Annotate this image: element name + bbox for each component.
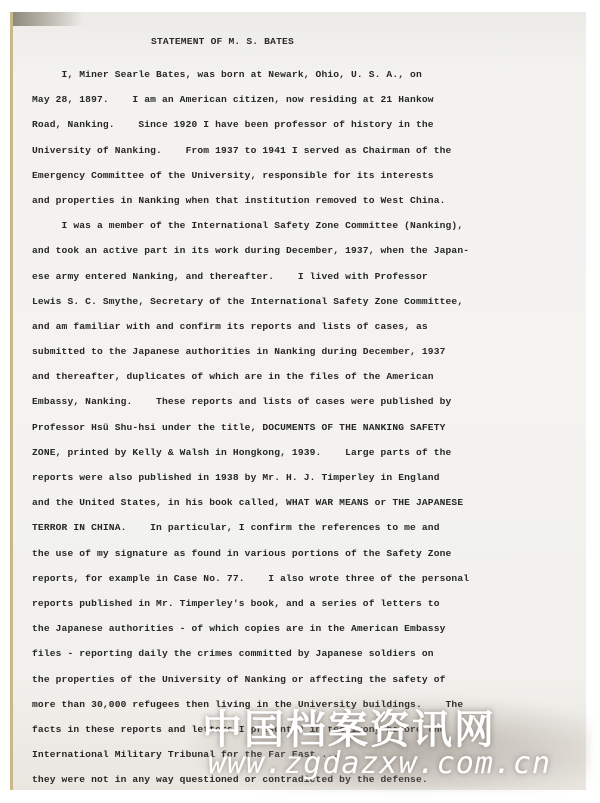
text-line: Lewis S. C. Smythe, Secretary of the Int… bbox=[32, 289, 586, 314]
text-line: the properties of the University of Nank… bbox=[32, 667, 586, 692]
text-line: and thereafter, duplicates of which are … bbox=[32, 364, 586, 389]
document-page: STATEMENT OF M. S. BATES I, Miner Searle… bbox=[10, 12, 586, 790]
text-line: Embassy, Nanking. These reports and list… bbox=[32, 389, 586, 414]
text-line: files - reporting daily the crimes commi… bbox=[32, 641, 586, 666]
text-line: TERROR IN CHINA. In particular, I confir… bbox=[32, 515, 586, 540]
text-line: May 28, 1897. I am an American citizen, … bbox=[32, 87, 586, 112]
text-line: Road, Nanking. Since 1920 I have been pr… bbox=[32, 112, 586, 137]
text-line: facts in these reports and letters I pre… bbox=[32, 717, 586, 742]
text-line: the Japanese authorities - of which copi… bbox=[32, 616, 586, 641]
text-line: the use of my signature as found in vari… bbox=[32, 541, 586, 566]
text-line: reports, for example in Case No. 77. I a… bbox=[32, 566, 586, 591]
text-line: submitted to the Japanese authorities in… bbox=[32, 339, 586, 364]
text-line: ese army entered Nanking, and thereafter… bbox=[32, 264, 586, 289]
text-line: more than 30,000 refugees then living in… bbox=[32, 692, 586, 717]
text-line: I, Miner Searle Bates, was born at Newar… bbox=[32, 62, 586, 87]
text-line: University of Nanking. From 1937 to 1941… bbox=[32, 138, 586, 163]
text-line: Professor Hsü Shu-hsi under the title, D… bbox=[32, 415, 586, 440]
text-line: and properties in Nanking when that inst… bbox=[32, 188, 586, 213]
text-line: and am familiar with and confirm its rep… bbox=[32, 314, 586, 339]
text-line: reports were also published in 1938 by M… bbox=[32, 465, 586, 490]
text-line: I was a member of the International Safe… bbox=[32, 213, 586, 238]
text-line: Emergency Committee of the University, r… bbox=[32, 163, 586, 188]
text-line: they were not in any way questioned or c… bbox=[32, 767, 586, 790]
text-line: and took an active part in its work duri… bbox=[32, 238, 586, 263]
text-line: and the United States, in his book calle… bbox=[32, 490, 586, 515]
document-body: I, Miner Searle Bates, was born at Newar… bbox=[32, 62, 586, 790]
document-title: STATEMENT OF M. S. BATES bbox=[151, 36, 294, 47]
text-line: ZONE, printed by Kelly & Walsh in Hongko… bbox=[32, 440, 586, 465]
text-line: reports published in Mr. Timperley's boo… bbox=[32, 591, 586, 616]
text-line: International Military Tribunal for the … bbox=[32, 742, 586, 767]
